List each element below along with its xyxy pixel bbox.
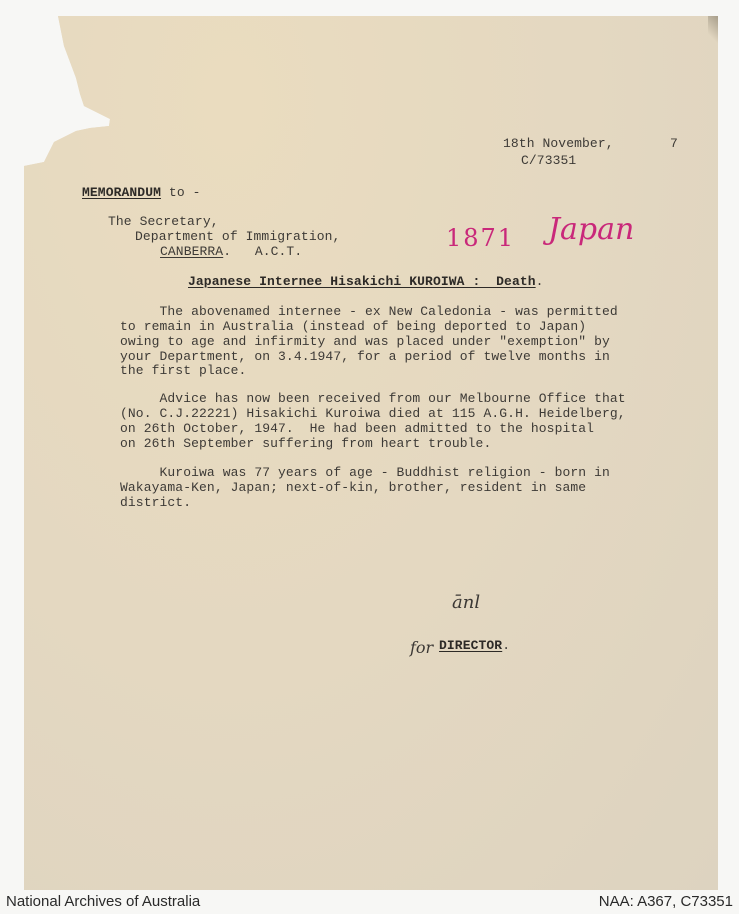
paragraph-line: Wakayama-Ken, Japan; next-of-kin, brothe…	[120, 481, 586, 496]
signature-prefix: for	[410, 638, 433, 657]
signature-initials: ānl	[452, 592, 480, 613]
signature-line: DIRECTOR.	[439, 639, 510, 654]
footer-archive-name: National Archives of Australia	[6, 893, 200, 910]
paragraph-line: owing to age and infirmity and was place…	[120, 335, 610, 350]
memo-heading: MEMORANDUM	[82, 185, 161, 200]
recipient-city: CANBERRA	[160, 244, 223, 259]
subject-line: Japanese Internee Hisakichi KUROIWA : De…	[188, 275, 544, 290]
signature-suffix: .	[502, 638, 510, 653]
signature-title: DIRECTOR	[439, 638, 502, 653]
paragraph-line: district.	[120, 496, 191, 511]
page-number: 7	[670, 137, 678, 152]
memo-heading-line: MEMORANDUM to -	[82, 186, 201, 201]
recipient-city-suffix: . A.C.T.	[223, 244, 302, 259]
subject-suffix: .	[536, 274, 544, 289]
reference-number: C/73351	[521, 154, 576, 169]
paragraph-line: The abovenamed internee - ex New Caledon…	[120, 305, 618, 320]
paragraph-line: the first place.	[120, 364, 246, 379]
paragraph-line: (No. C.J.22221) Hisakichi Kuroiwa died a…	[120, 407, 626, 422]
subject: Japanese Internee Hisakichi KUROIWA : De…	[188, 274, 536, 289]
recipient-line2: Department of Immigration,	[135, 230, 340, 245]
footer-citation: NAA: A367, C73351	[599, 893, 733, 910]
recipient-line1: The Secretary,	[108, 215, 219, 230]
date-line: 18th November,	[503, 137, 614, 152]
paragraph-line: on 26th September suffering from heart t…	[120, 437, 491, 452]
paragraph-line: to remain in Australia (instead of being…	[120, 320, 586, 335]
handwritten-word: Japan	[548, 212, 634, 247]
memo-to: to -	[161, 185, 201, 200]
paragraph-line: on 26th October, 1947. He had been admit…	[120, 422, 594, 437]
paragraph-line: Advice has now been received from our Me…	[120, 392, 626, 407]
document-paper	[24, 16, 718, 890]
recipient-line3: CANBERRA. A.C.T.	[160, 245, 302, 260]
paragraph-line: Kuroiwa was 77 years of age - Buddhist r…	[120, 466, 610, 481]
handwritten-number: 1871	[446, 224, 515, 252]
